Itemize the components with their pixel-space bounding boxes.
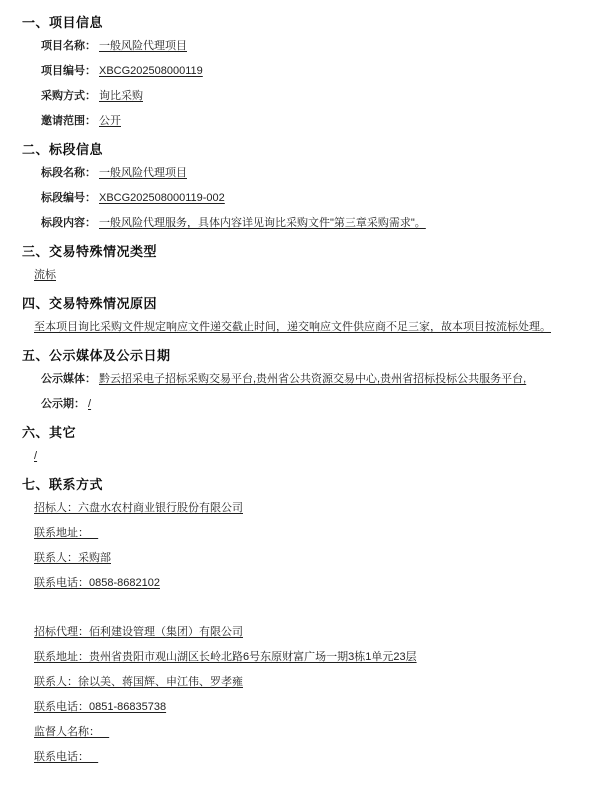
contact-line-tenderer-address: 联系地址： [34, 527, 98, 539]
field-label: 标段编号： [41, 192, 96, 204]
contact-line-supervisor-name: 监督人名称： [34, 726, 109, 738]
contact-line-supervisor-phone: 联系电话： [34, 751, 98, 763]
field-label: 标段内容： [41, 217, 96, 229]
section-heading-contact-info: 七、联系方式 [22, 477, 103, 492]
field-label: 项目名称： [41, 40, 96, 52]
procurement-notice-document: 一、项目信息 项目名称：一般风险代理项目 项目编号：XBCG2025080001… [0, 0, 594, 776]
field-value: / [88, 398, 91, 410]
section-heading-project-info: 一、项目信息 [22, 15, 103, 30]
field-value: 一般风险代理服务，具体内容详见询比采购文件"第三章采购需求"。 [99, 217, 426, 229]
section-heading-other: 六、其它 [22, 425, 76, 440]
field-label: 标段名称： [41, 167, 96, 179]
field-row-publicity-media: 公示媒体：黔云招采电子招标采购交易平台,贵州省公共资源交易中心,贵州省招标投标公… [41, 373, 526, 385]
section-heading-publicity-media-date: 五、公示媒体及公示日期 [22, 348, 171, 363]
contact-line-agency-address: 联系地址：贵州省贵阳市观山湖区长岭北路6号东原财富广场一期3栋1单元23层 [34, 651, 417, 663]
field-row-invitation-scope: 邀请范围：公开 [41, 115, 121, 127]
contact-line-agency-persons: 联系人：徐以美、蒋国辉、申江伟、罗孝雍 [34, 676, 243, 688]
field-row-section-name: 标段名称：一般风险代理项目 [41, 167, 187, 179]
section-heading-special-situation-reason: 四、交易特殊情况原因 [22, 296, 157, 311]
field-label: 项目编号： [41, 65, 96, 77]
field-row-procurement-method: 采购方式：询比采购 [41, 90, 143, 102]
contact-line-agency-phone: 联系电话：0851-86835738 [34, 701, 166, 713]
contact-line-tenderer-phone: 联系电话：0858-8682102 [34, 577, 160, 589]
field-value: 询比采购 [99, 90, 143, 102]
field-value: XBCG202508000119 [99, 65, 203, 77]
field-row-section-content: 标段内容：一般风险代理服务，具体内容详见询比采购文件"第三章采购需求"。 [41, 217, 426, 229]
field-value: 公开 [99, 115, 121, 127]
field-row-project-name: 项目名称：一般风险代理项目 [41, 40, 187, 52]
other-value: / [34, 450, 37, 462]
field-row-publicity-period: 公示期：/ [41, 398, 91, 410]
field-value: XBCG202508000119-002 [99, 192, 225, 204]
section-heading-bid-section-info: 二、标段信息 [22, 142, 103, 157]
field-row-project-number: 项目编号：XBCG202508000119 [41, 65, 203, 77]
section-heading-special-situation-type: 三、交易特殊情况类型 [22, 244, 157, 259]
special-situation-reason-text: 至本项目询比采购文件规定响应文件递交截止时间，递交响应文件供应商不足三家，故本项… [34, 321, 551, 333]
field-value: 一般风险代理项目 [99, 167, 187, 179]
field-label: 采购方式： [41, 90, 96, 102]
field-value: 一般风险代理项目 [99, 40, 187, 52]
special-situation-type-value: 流标 [34, 269, 56, 281]
field-row-section-number: 标段编号：XBCG202508000119-002 [41, 192, 225, 204]
contact-line-agency: 招标代理：佰利建设管理（集团）有限公司 [34, 626, 243, 638]
contact-line-tenderer: 招标人：六盘水农村商业银行股份有限公司 [34, 502, 243, 514]
field-label: 公示期： [41, 398, 85, 410]
field-label: 邀请范围： [41, 115, 96, 127]
field-value: 黔云招采电子招标采购交易平台,贵州省公共资源交易中心,贵州省招标投标公共服务平台… [99, 373, 526, 385]
contact-line-tenderer-person: 联系人：采购部 [34, 552, 111, 564]
field-label: 公示媒体： [41, 373, 96, 385]
